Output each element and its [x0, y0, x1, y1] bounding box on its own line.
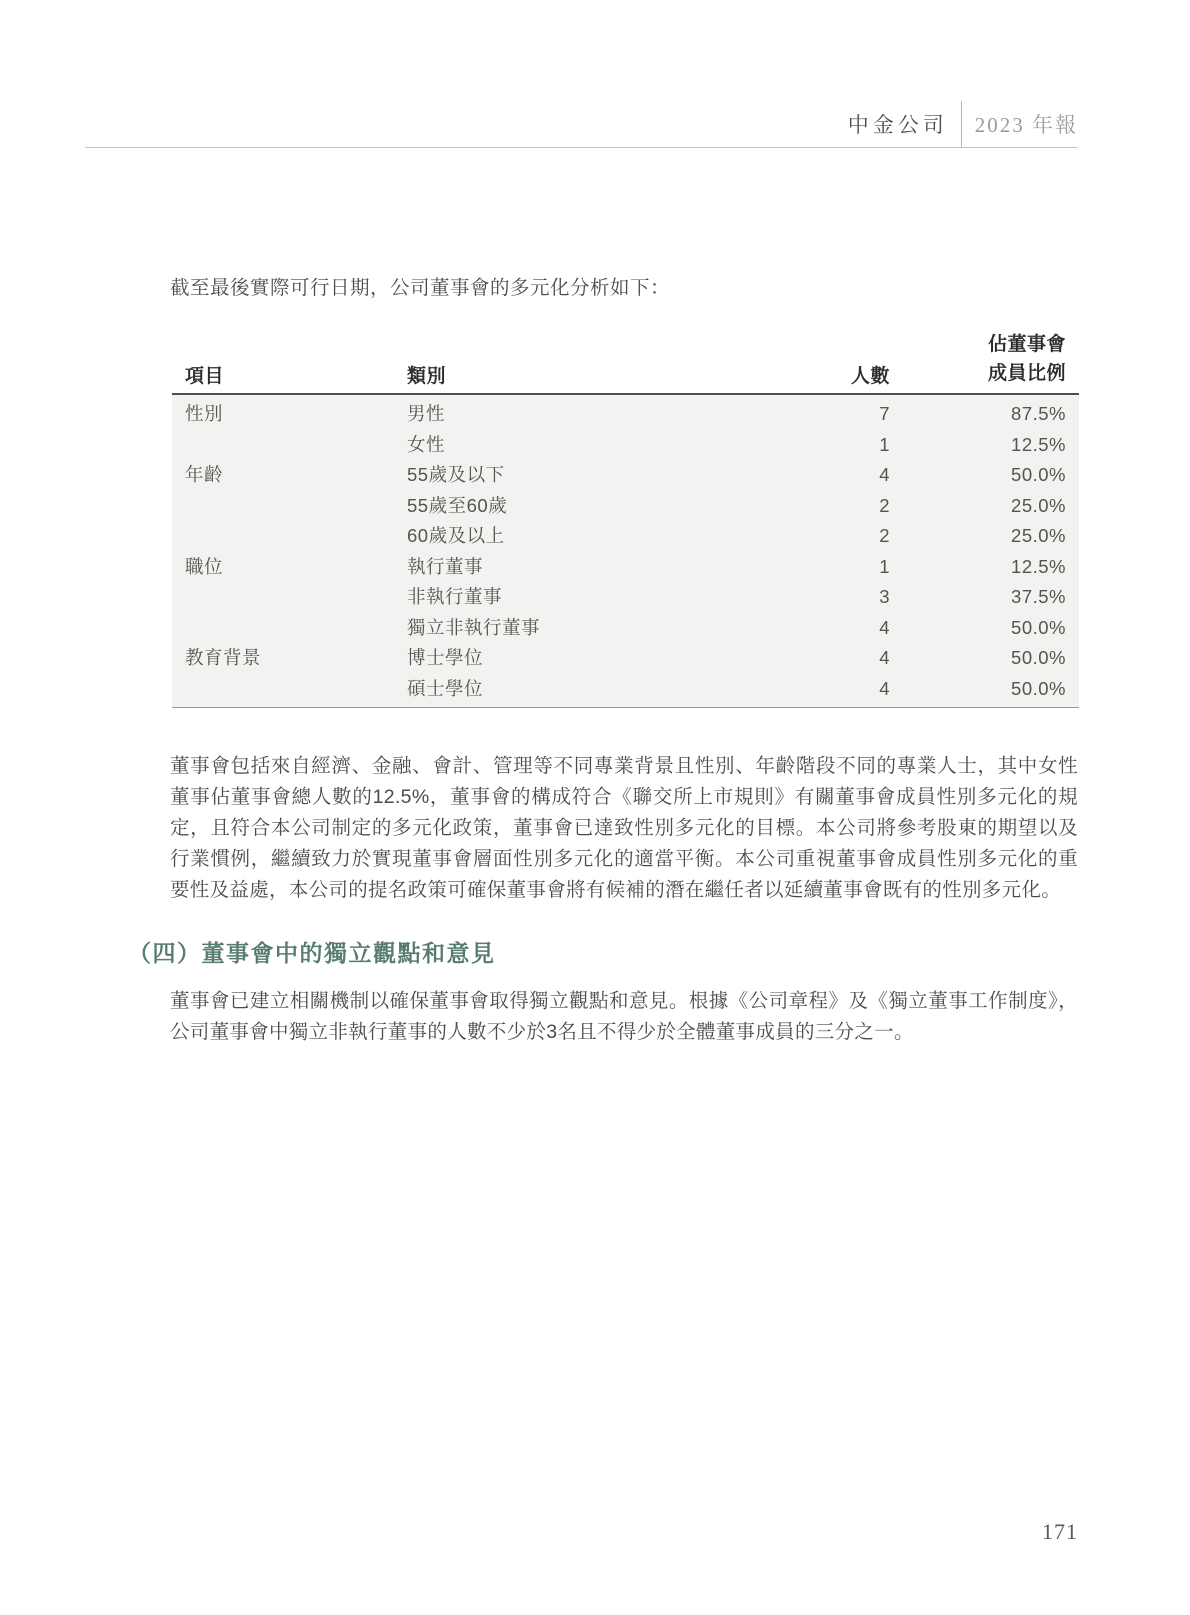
cell-ratio: 25.0%	[890, 521, 1066, 552]
cell-ratio: 37.5%	[890, 582, 1066, 613]
cell-ratio: 50.0%	[890, 460, 1066, 491]
cell-category: 55歲至60歲	[407, 491, 730, 522]
cell-ratio: 12.5%	[890, 430, 1066, 461]
table-header: 項目 類別 人數 佔董事會 成員比例	[172, 330, 1079, 395]
table-row: 女性 1 12.5%	[172, 430, 1079, 461]
col-category: 類別	[407, 361, 730, 388]
cell-category: 男性	[407, 399, 730, 430]
company-name: 中金公司	[848, 109, 961, 139]
cell-item	[185, 491, 407, 522]
cell-category: 非執行董事	[407, 582, 730, 613]
cell-count: 2	[730, 491, 890, 522]
table-row: 年齡 55歲及以下 4 50.0%	[172, 460, 1079, 491]
cell-ratio: 50.0%	[890, 613, 1066, 644]
cell-item: 性別	[185, 399, 407, 430]
col-ratio-line2: 成員比例	[890, 359, 1066, 388]
cell-count: 4	[730, 460, 890, 491]
cell-item	[185, 674, 407, 705]
cell-item	[185, 582, 407, 613]
cell-category: 60歲及以上	[407, 521, 730, 552]
board-diversity-paragraph: 董事會包括來自經濟、金融、會計、管理等不同專業背景且性別、年齡階段不同的專業人士…	[170, 751, 1078, 906]
cell-count: 2	[730, 521, 890, 552]
page-header: 中金公司 2023 年報	[848, 101, 1078, 147]
table-row: 碩士學位 4 50.0%	[172, 674, 1079, 705]
cell-count: 1	[730, 430, 890, 461]
independence-paragraph: 董事會已建立相關機制以確保董事會取得獨立觀點和意見。根據《公司章程》及《獨立董事…	[170, 986, 1078, 1048]
cell-category: 獨立非執行董事	[407, 613, 730, 644]
cell-count: 4	[730, 674, 890, 705]
col-ratio: 佔董事會 成員比例	[890, 330, 1066, 388]
cell-ratio: 50.0%	[890, 674, 1066, 705]
table-row: 55歲至60歲 2 25.0%	[172, 491, 1079, 522]
cell-count: 7	[730, 399, 890, 430]
table-row: 獨立非執行董事 4 50.0%	[172, 613, 1079, 644]
cell-item	[185, 521, 407, 552]
col-ratio-line1: 佔董事會	[890, 330, 1066, 359]
cell-item: 年齡	[185, 460, 407, 491]
table-row: 非執行董事 3 37.5%	[172, 582, 1079, 613]
cell-item: 職位	[185, 552, 407, 583]
cell-count: 1	[730, 552, 890, 583]
cell-count: 3	[730, 582, 890, 613]
cell-category: 執行董事	[407, 552, 730, 583]
col-count: 人數	[730, 361, 890, 388]
cell-category: 碩士學位	[407, 674, 730, 705]
table-row: 性別 男性 7 87.5%	[172, 399, 1079, 430]
cell-category: 55歲及以下	[407, 460, 730, 491]
cell-ratio: 50.0%	[890, 643, 1066, 674]
cell-count: 4	[730, 613, 890, 644]
table-row: 職位 執行董事 1 12.5%	[172, 552, 1079, 583]
cell-ratio: 25.0%	[890, 491, 1066, 522]
cell-item	[185, 430, 407, 461]
cell-item: 教育背景	[185, 643, 407, 674]
table-body: 性別 男性 7 87.5% 女性 1 12.5% 年齡 55歲及以下 4 50.…	[172, 395, 1079, 708]
header-rule	[85, 147, 1078, 148]
table-row: 教育背景 博士學位 4 50.0%	[172, 643, 1079, 674]
page-number: 171	[1042, 1519, 1078, 1545]
cell-count: 4	[730, 643, 890, 674]
cell-ratio: 87.5%	[890, 399, 1066, 430]
col-item: 項目	[185, 361, 407, 388]
diversity-table: 項目 類別 人數 佔董事會 成員比例 性別 男性 7 87.5% 女性 1 12…	[172, 330, 1079, 708]
cell-ratio: 12.5%	[890, 552, 1066, 583]
cell-category: 博士學位	[407, 643, 730, 674]
cell-item	[185, 613, 407, 644]
intro-text: 截至最後實際可行日期，公司董事會的多元化分析如下：	[170, 272, 670, 300]
section-heading: （四）董事會中的獨立觀點和意見	[128, 935, 496, 968]
cell-category: 女性	[407, 430, 730, 461]
table-row: 60歲及以上 2 25.0%	[172, 521, 1079, 552]
report-year-label: 2023 年報	[962, 109, 1078, 139]
